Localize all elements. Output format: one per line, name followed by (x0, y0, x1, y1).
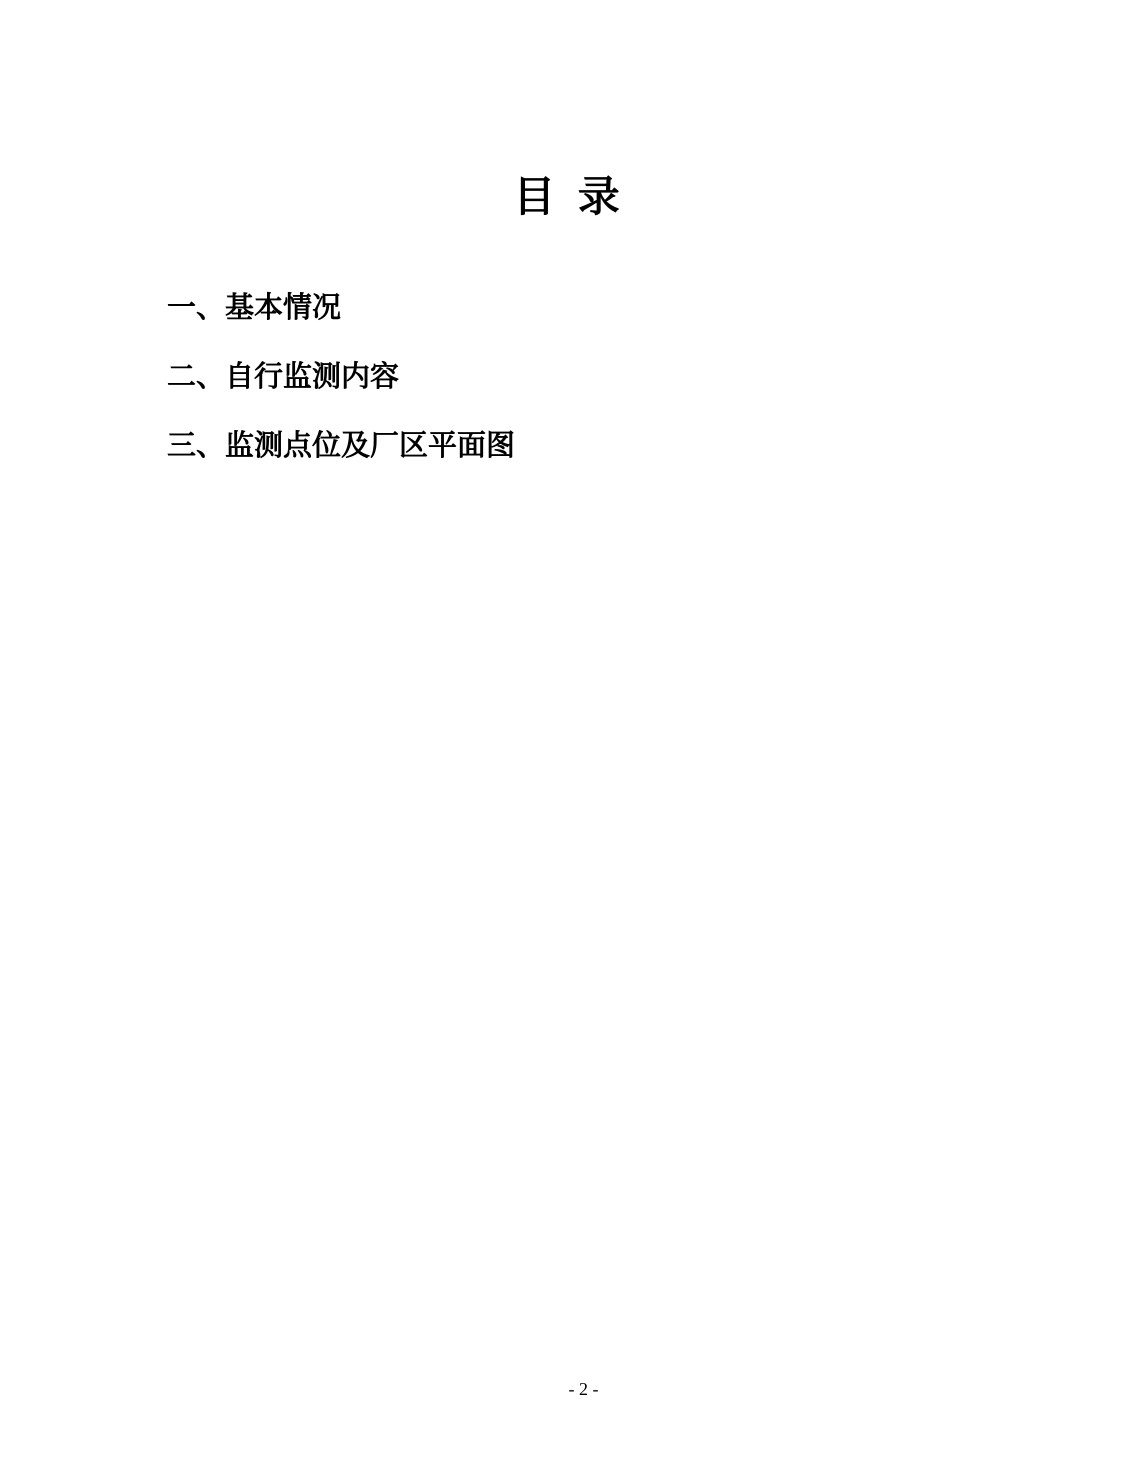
toc-item-basic-information: 一、基本情况 (167, 288, 515, 328)
document-page: 目 录 一、基本情况 二、自行监测内容 三、监测点位及厂区平面图 - 2 - (0, 0, 1133, 1467)
toc-item-monitoring-points-plant-layout: 三、监测点位及厂区平面图 (167, 426, 515, 466)
page-number: - 2 - (0, 1379, 1133, 1401)
toc-list: 一、基本情况 二、自行监测内容 三、监测点位及厂区平面图 (167, 288, 515, 495)
page-title: 目 录 (0, 174, 1133, 222)
toc-item-self-monitoring-content: 二、自行监测内容 (167, 357, 515, 397)
